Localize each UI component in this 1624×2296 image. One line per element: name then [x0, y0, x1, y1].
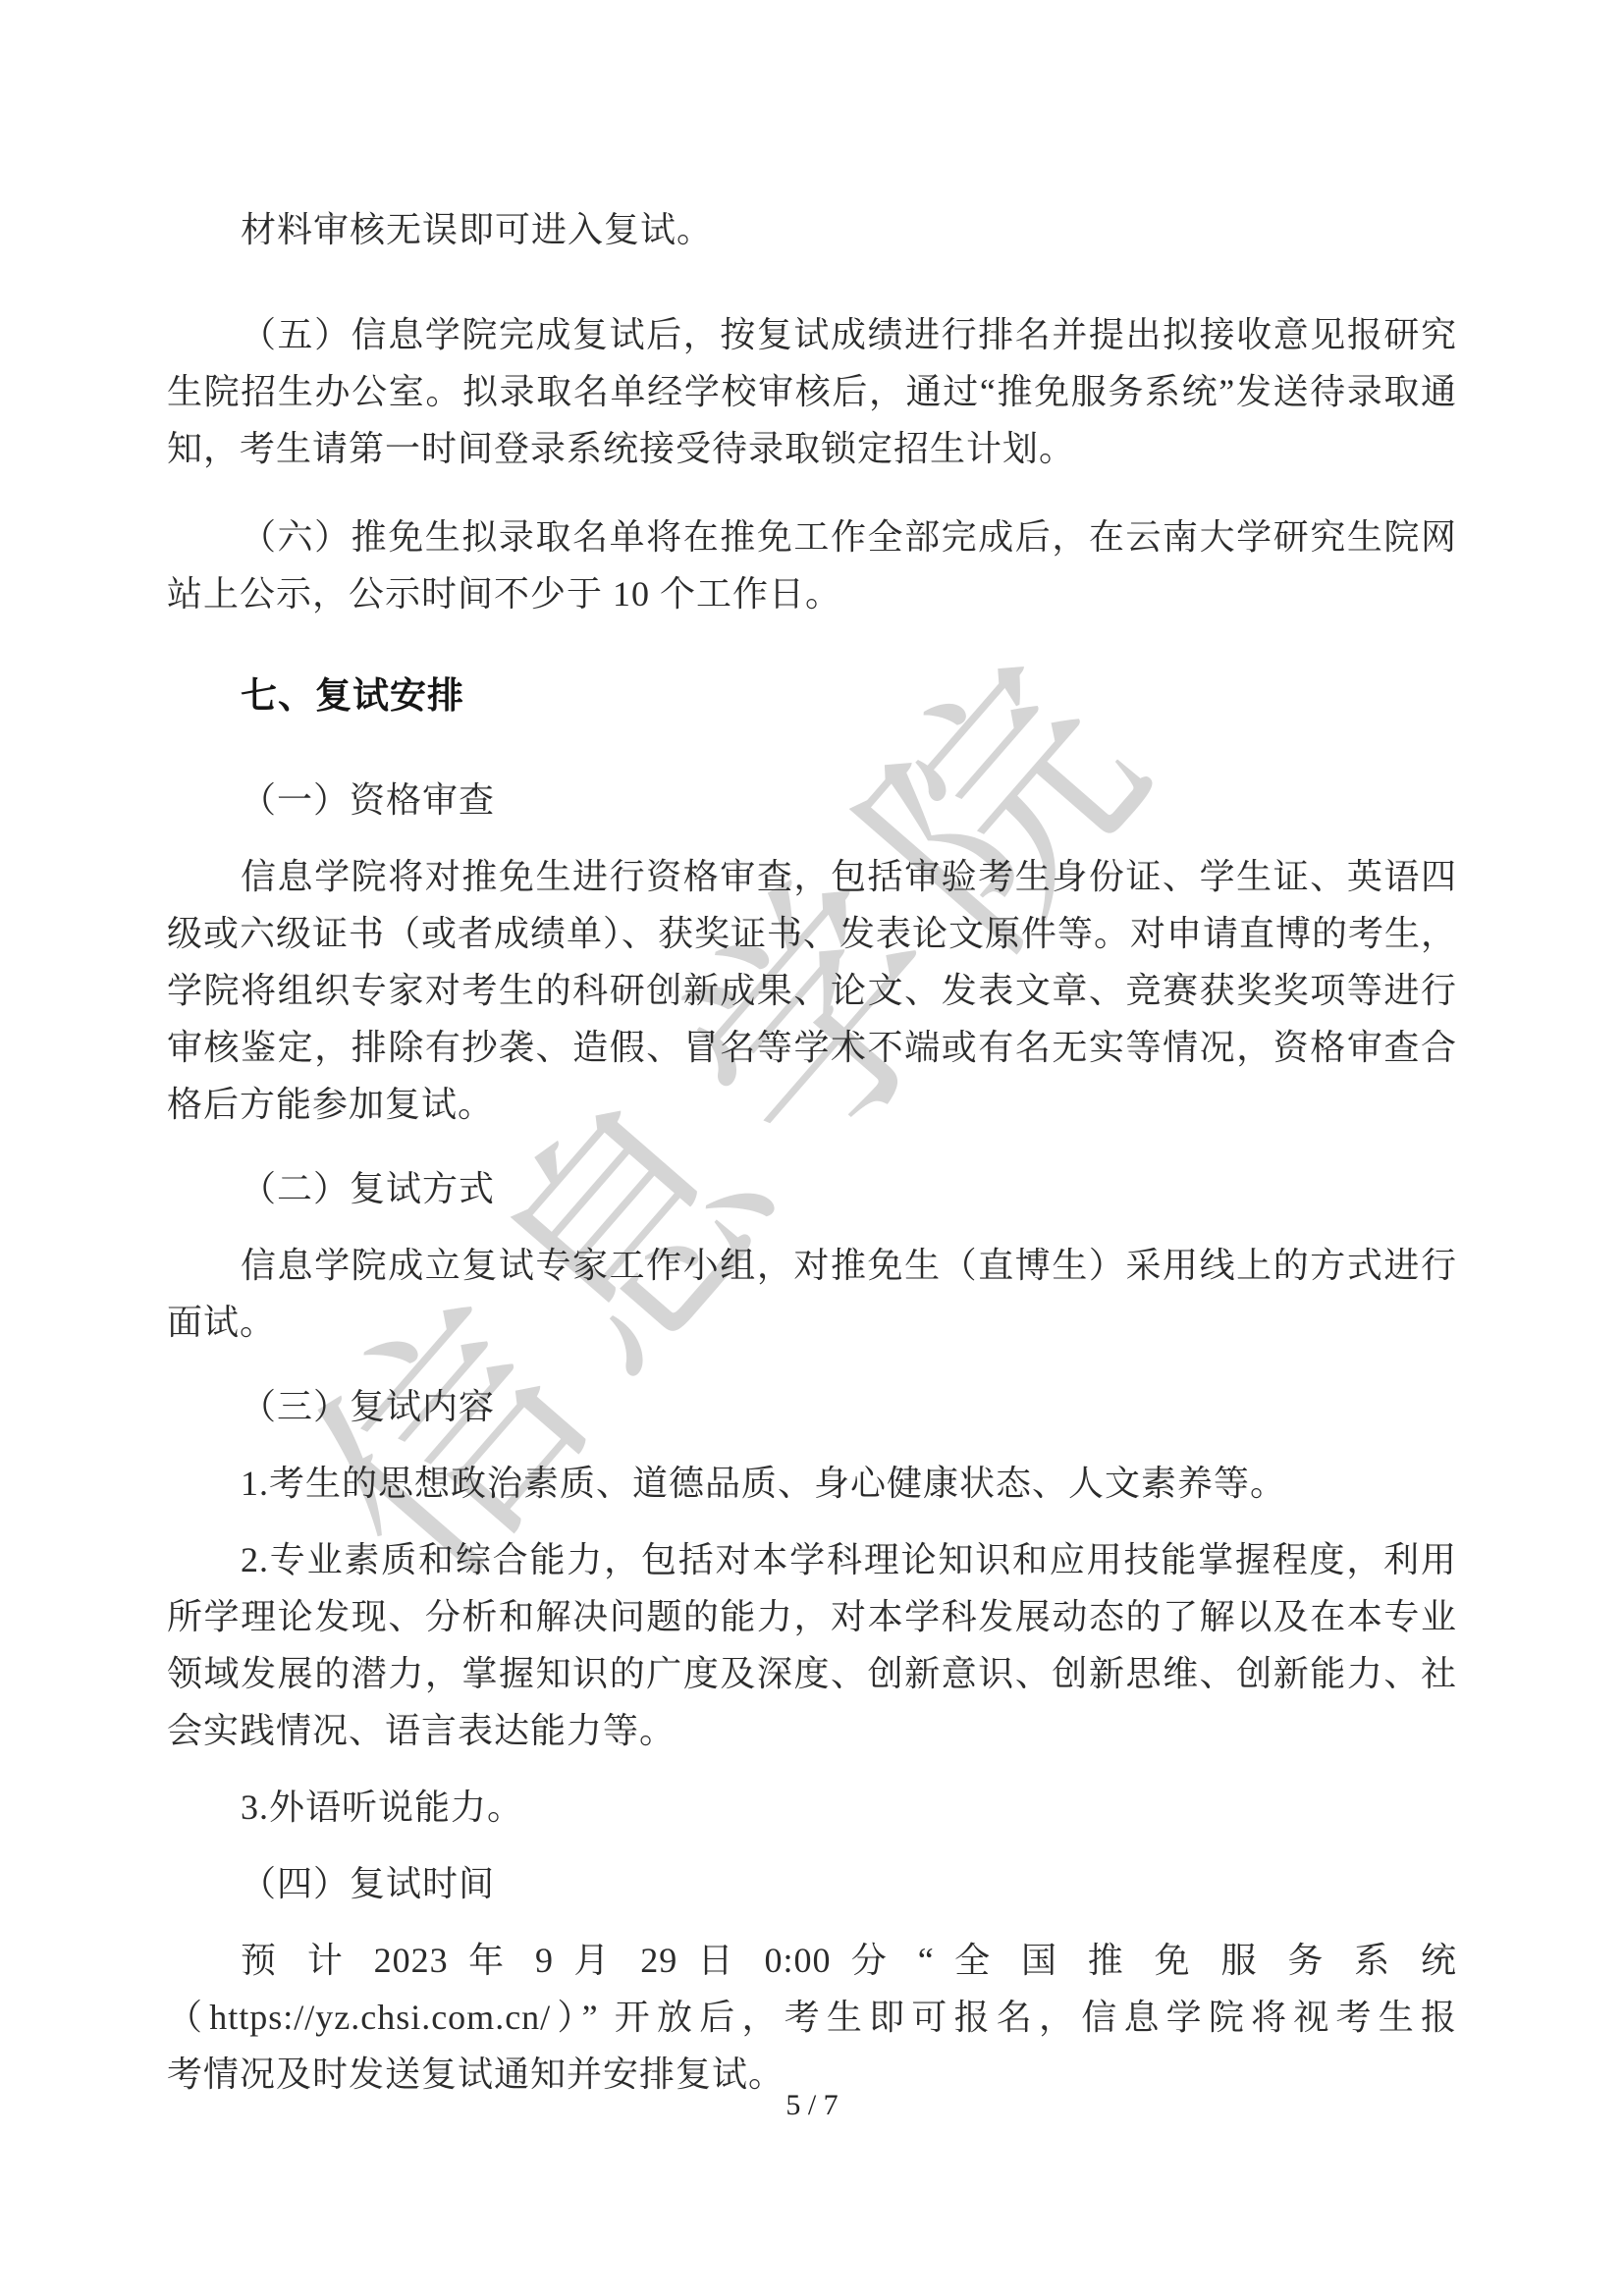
document-page: 信息学院 材料审核无误即可进入复试。 （五）信息学院完成复试后，按复试成绩进行排…: [0, 0, 1624, 2296]
interview-time-line-2: （https://yz.chsi.com.cn/）” 开放后，考生即可报名，信息…: [167, 1989, 1457, 2046]
paragraph-item-5: （五）信息学院完成复试后，按复试成绩进行排名并提出拟接收意见报研究生院招生办公室…: [167, 306, 1457, 477]
subheading-qualification-review: （一）资格审查: [167, 772, 1457, 828]
subheading-interview-content: （三）复试内容: [167, 1378, 1457, 1435]
paragraph-qualification-review: 信息学院将对推免生进行资格审查，包括审验考生身份证、学生证、英语四级或六级证书（…: [167, 848, 1457, 1133]
paragraph-interview-method: 信息学院成立复试专家工作小组，对推免生（直博生）采用线上的方式进行面试。: [167, 1237, 1457, 1351]
list-item-2-professional-quality: 2.专业素质和综合能力，包括对本学科理论知识和应用技能掌握程度，利用所学理论发现…: [167, 1531, 1457, 1759]
section-heading-interview-arrangement: 七、复试安排: [167, 667, 1457, 724]
interview-time-line-1: 预 计 2023 年 9 月 29 日 0:00 分 “ 全 国 推 免 服 务…: [167, 1932, 1457, 1989]
paragraph-material-review: 材料审核无误即可进入复试。: [167, 201, 1457, 258]
list-item-1-political-quality: 1.考生的思想政治素质、道德品质、身心健康状态、人文素养等。: [167, 1455, 1457, 1512]
document-body: 材料审核无误即可进入复试。 （五）信息学院完成复试后，按复试成绩进行排名并提出拟…: [167, 0, 1457, 2122]
page-number: 5 / 7: [167, 2089, 1457, 2122]
list-item-3-foreign-language: 3.外语听说能力。: [167, 1779, 1457, 1836]
subheading-interview-time: （四）复试时间: [167, 1855, 1457, 1912]
paragraph-interview-time: 预 计 2023 年 9 月 29 日 0:00 分 “ 全 国 推 免 服 务…: [167, 1932, 1457, 2103]
paragraph-item-6: （六）推免生拟录取名单将在推免工作全部完成后，在云南大学研究生院网站上公示，公示…: [167, 508, 1457, 622]
subheading-interview-method: （二）复试方式: [167, 1160, 1457, 1217]
